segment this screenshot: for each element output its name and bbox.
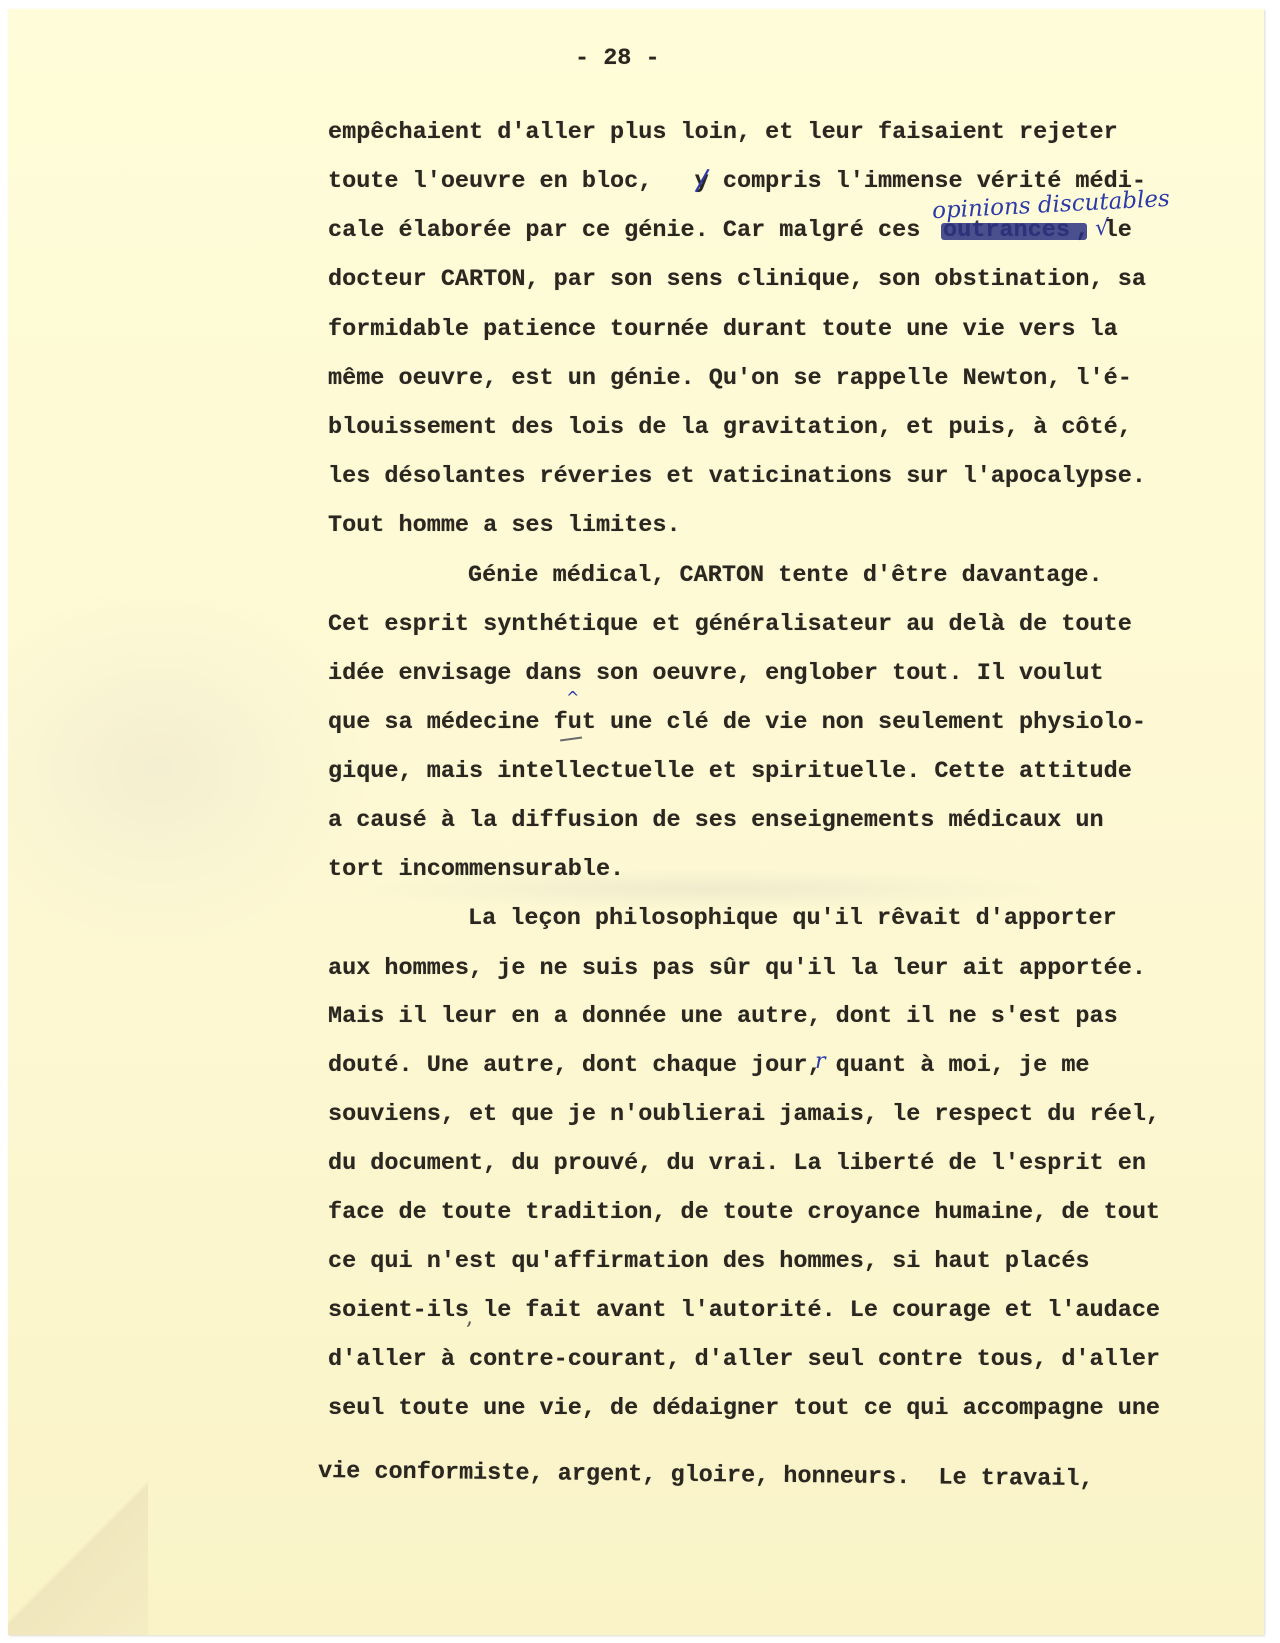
text-line: seul toute une vie, de dédaigner tout ce… (328, 1397, 1160, 1421)
text-line: même oeuvre, est un génie. Qu'on se rapp… (328, 367, 1132, 391)
text-line: formidable patience tournée durant toute… (328, 318, 1118, 342)
text-line: a causé à la diffusion de ses enseigneme… (328, 809, 1104, 833)
comma-insert: , (466, 1307, 473, 1329)
text-line: Cet esprit synthétique et généralisateur… (328, 613, 1132, 637)
text-line: souviens, et que je n'oublierai jamais, … (328, 1103, 1160, 1127)
text-line: toute l'oeuvre en bloc, y compris l'imme… (328, 170, 1146, 194)
text-line: tort incommensurable. (328, 858, 624, 882)
text-line: Mais il leur en a donnée une autre, dont… (328, 1005, 1118, 1029)
text-line: Tout homme a ses limites. (328, 514, 681, 538)
text-line: face de toute tradition, de toute croyan… (328, 1201, 1160, 1225)
strikethrough-mark (941, 223, 1087, 240)
caret-mark: ^ (566, 688, 579, 707)
jour-correction: r (815, 1051, 826, 1073)
text-line: empêchaient d'aller plus loin, et leur f… (328, 121, 1118, 145)
text-line: idée envisage dans son oeuvre, englober … (328, 662, 1104, 686)
text-line: gique, mais intellectuelle et spirituell… (328, 760, 1132, 784)
text-line: aux hommes, je ne suis pas sûr qu'il la … (328, 957, 1146, 981)
text-line: douté. Une autre, dont chaque jour, quan… (328, 1054, 1090, 1078)
text-line: blouissement des lois de la gravitation,… (328, 416, 1132, 440)
text-line: docteur CARTON, par son sens clinique, s… (328, 268, 1146, 292)
text-line: du document, du prouvé, du vrai. La libe… (328, 1152, 1146, 1176)
paragraph-start-line: Génie médical, CARTON tente d'être davan… (468, 564, 1103, 588)
check-mark: √ (1095, 218, 1109, 240)
text-line: d'aller à contre-courant, d'aller seul c… (328, 1348, 1160, 1372)
paragraph-start-line: La leçon philosophique qu'il rêvait d'ap… (468, 907, 1117, 931)
page-number: - 28 - (575, 47, 660, 71)
text-line: que sa médecine fut une clé de vie non s… (328, 711, 1146, 735)
text-line: soient-ils le fait avant l'autorité. Le … (328, 1299, 1160, 1323)
text-line: les désolantes réveries et vaticinations… (328, 465, 1146, 489)
text-line: ce qui n'est qu'affirmation des hommes, … (328, 1250, 1090, 1274)
